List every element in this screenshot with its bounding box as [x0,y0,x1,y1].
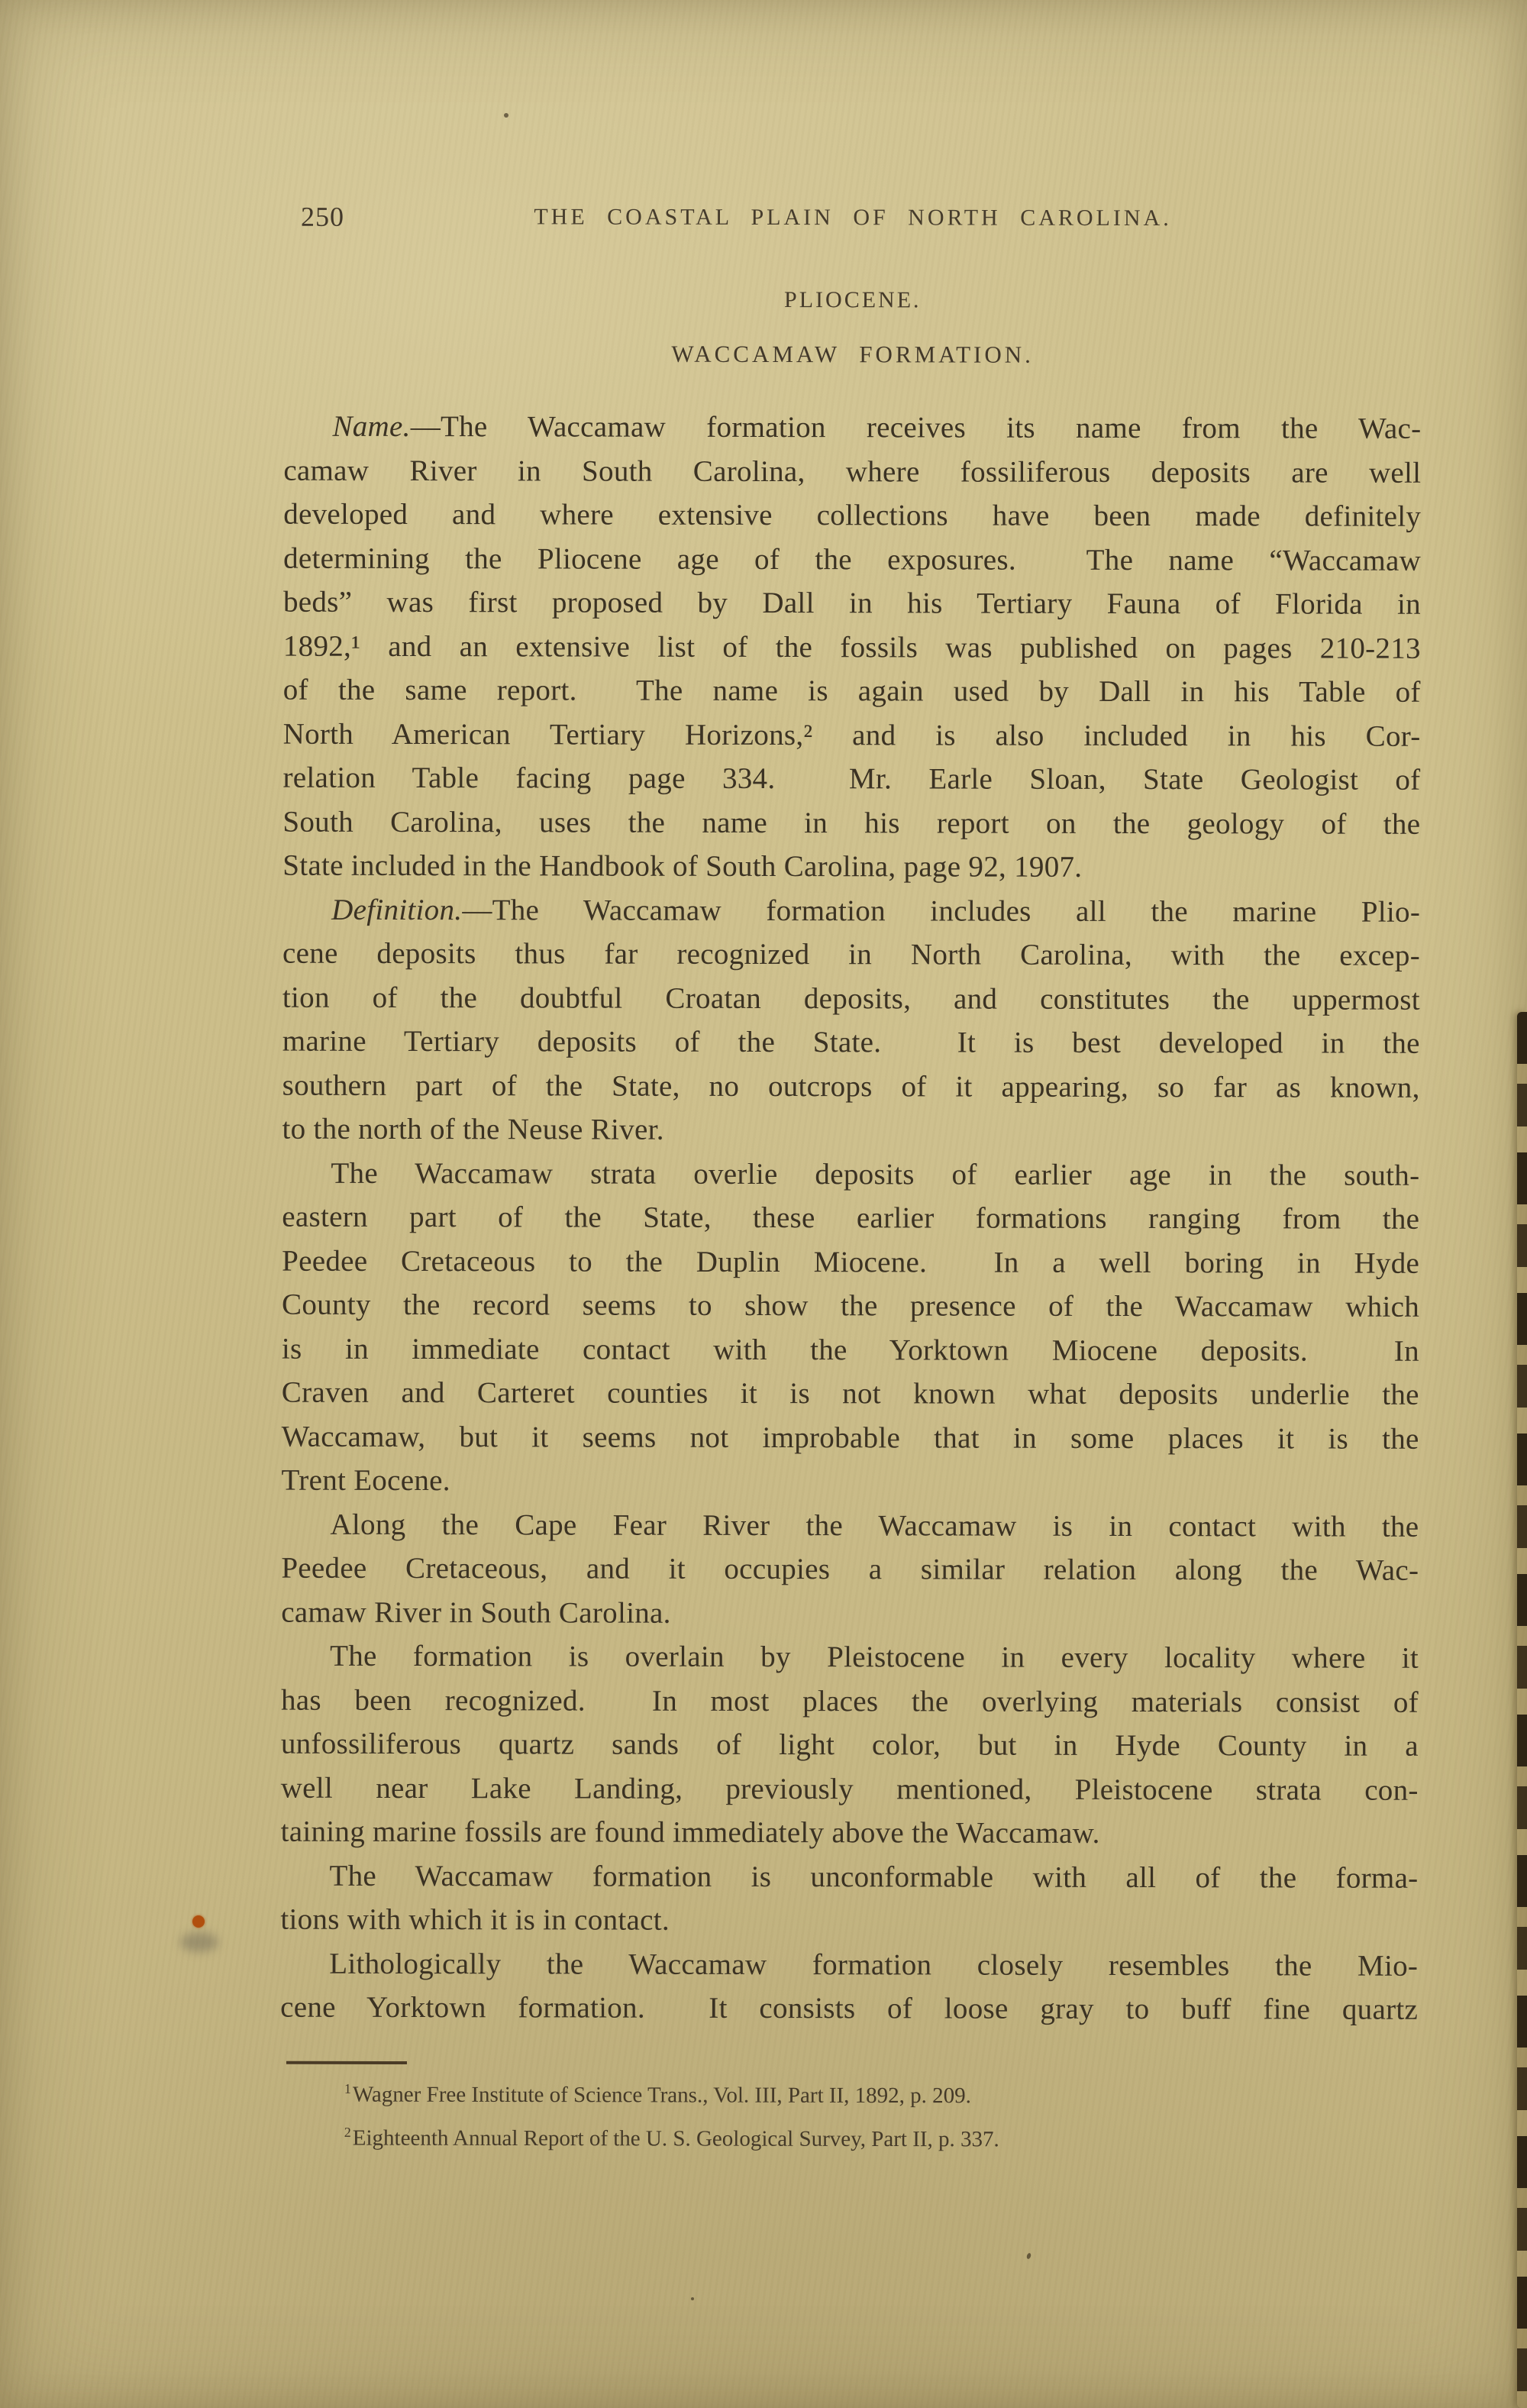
footnotes-list: 1Wagner Free Institute of Science Trans.… [280,2070,1418,2159]
body-line: 1892,¹ and an extensive list of the foss… [283,624,1421,671]
body-line: taining marine fossils are found immedia… [281,1810,1419,1857]
page-edge-shadow [1517,1012,1527,2408]
body-line: Peedee Cretaceous to the Duplin Miocene.… [282,1239,1419,1285]
body-line: North American Tertiary Horizons,² and i… [283,712,1421,758]
body-line: cene deposits thus far recognized in Nor… [282,932,1420,978]
body-line: marine Tertiary deposits of the State. I… [282,1020,1420,1066]
body-line: cene Yorktown formation. It consists of … [280,1986,1418,2032]
body-line: relation Table facing page 334. Mr. Earl… [282,756,1420,803]
body-line: Along the Cape Fear River the Waccamaw i… [281,1502,1419,1549]
body-line: State included in the Handbook of South … [282,844,1420,890]
body-line: Trent Eocene. [282,1459,1419,1505]
footnote-line: 1Wagner Free Institute of Science Trans.… [280,2070,1418,2116]
body-text: Name.—The Waccamaw formation receives it… [280,405,1421,2032]
body-line: The Waccamaw formation is unconformable … [280,1854,1418,1900]
paper-speck [504,113,508,118]
body-line: of the same report. The name is again us… [283,668,1421,715]
footnote-line: 2Eighteenth Annual Report of the U. S. G… [280,2113,1418,2159]
footnote-marker: 2 [344,2125,351,2140]
ink-smudge [180,1932,218,1952]
body-line: beds” was first proposed by Dall in his … [283,580,1421,627]
body-line: The Waccamaw strata overlie deposits of … [282,1151,1419,1198]
body-line: Definition.—The Waccamaw formation inclu… [282,887,1420,934]
body-line: well near Lake Landing, previously menti… [281,1766,1419,1812]
scanned-book-page: 250 THE COASTAL PLAIN OF NORTH CAROLINA.… [0,0,1527,2408]
paper-speck [691,2297,694,2300]
body-line: developed and where extensive collection… [283,493,1421,539]
body-line: Waccamaw, but it seems not improbable th… [282,1414,1419,1461]
body-line: Craven and Carteret counties it is not k… [282,1371,1419,1417]
body-line: Lithologically the Waccamaw formation cl… [280,1941,1418,1988]
body-line: Name.—The Waccamaw formation receives it… [283,405,1421,451]
body-line: Peedee Cretaceous, and it occupies a sim… [281,1547,1419,1593]
footnote-rule [286,2061,407,2064]
body-line: to the north of the Neuse River. [282,1107,1419,1154]
subsection-heading: WACCAMAW FORMATION. [284,340,1422,370]
body-line: County the record seems to show the pres… [282,1283,1419,1330]
body-line: determining the Pliocene age of the expo… [283,536,1421,583]
running-header: 250 THE COASTAL PLAIN OF NORTH CAROLINA. [284,199,1422,240]
body-line: camaw River in South Carolina, where fos… [283,448,1421,495]
page-number: 250 [301,201,344,233]
footnote-marker: 1 [344,2081,351,2096]
body-line: has been recognized. In most places the … [281,1678,1419,1724]
ink-spot [192,1915,205,1928]
section-heading: PLIOCENE. [284,286,1422,315]
body-line: The formation is overlain by Pleistocene… [281,1634,1419,1681]
body-line: unfossiliferous quartz sands of light co… [281,1722,1419,1769]
running-title: THE COASTAL PLAIN OF NORTH CAROLINA. [284,199,1422,232]
body-line: tion of the doubtful Croatan deposits, a… [282,975,1420,1022]
body-line: camaw River in South Carolina. [281,1590,1419,1637]
body-line: tions with which it is in contact. [280,1898,1418,1944]
body-line: southern part of the State, no outcrops … [282,1063,1420,1110]
page-content: 250 THE COASTAL PLAIN OF NORTH CAROLINA.… [0,0,1527,2408]
body-line: is in immediate contact with the Yorktow… [282,1327,1419,1373]
body-line: South Carolina, uses the name in his rep… [282,800,1420,846]
footnote-text: Eighteenth Annual Report of the U. S. Ge… [353,2125,999,2151]
body-line: eastern part of the State, these earlier… [282,1195,1419,1242]
footnote-text: Wagner Free Institute of Science Trans.,… [353,2083,971,2109]
